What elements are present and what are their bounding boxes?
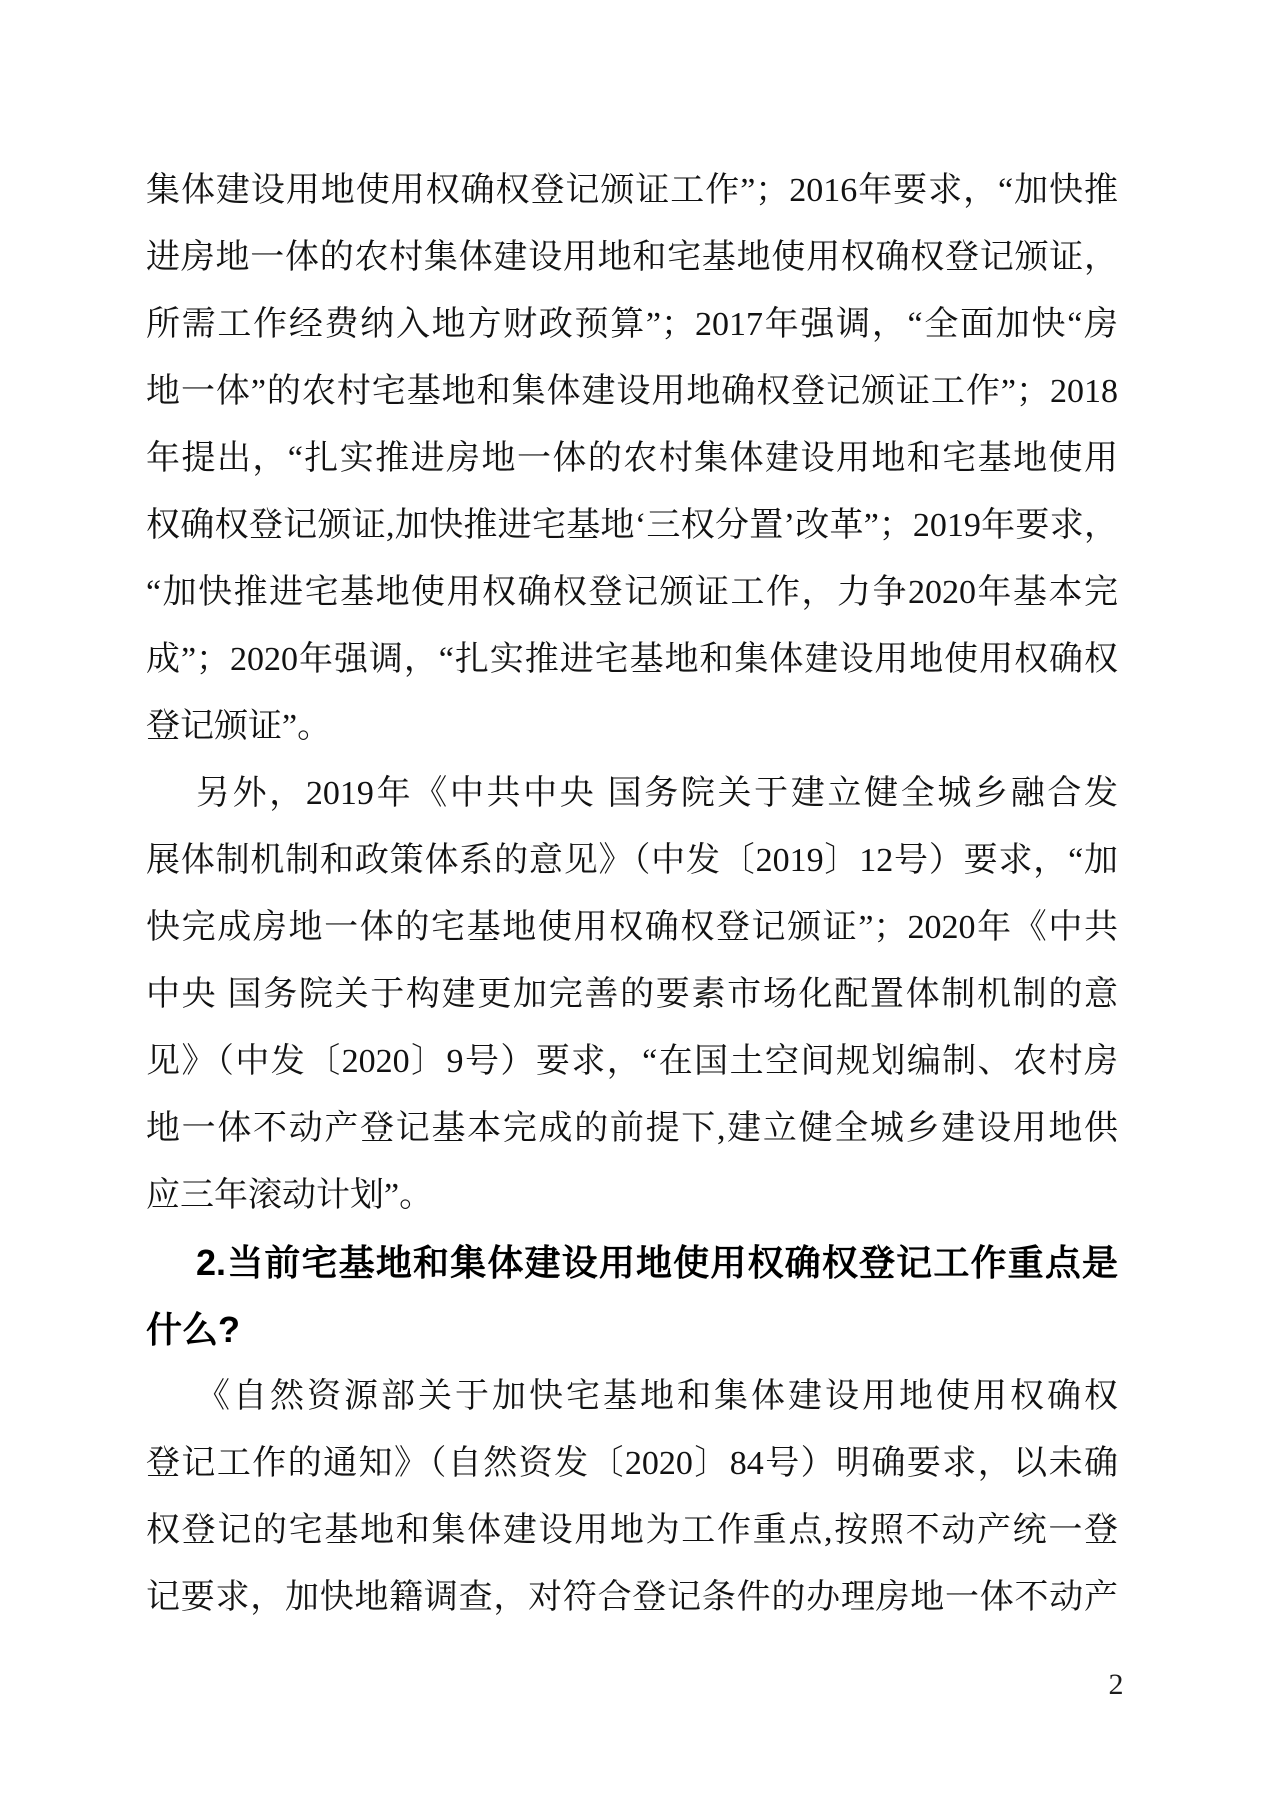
text-line: 《自然资源部关于加快宅基地和集体建设用地使用权确权 xyxy=(146,1363,1118,1430)
text-line: 记要求，加快地籍调查，对符合登记条件的办理房地一体不动产 xyxy=(146,1564,1118,1631)
text-line: 见》（中发〔2020〕9号）要求，“在国土空间规划编制、农村房 xyxy=(146,1028,1118,1095)
text-line: 权登记的宅基地和集体建设用地为工作重点,按照不动产统一登 xyxy=(146,1497,1118,1564)
text-line: 中央 国务院关于构建更加完善的要素市场化配置体制机制的意 xyxy=(146,961,1118,1028)
text-line: 应三年滚动计划”。 xyxy=(146,1162,1118,1229)
text-line: 另外，2019年《中共中央 国务院关于建立健全城乡融合发 xyxy=(146,760,1118,827)
text-line: 年提出，“扎实推进房地一体的农村集体建设用地和宅基地使用 xyxy=(146,425,1118,492)
text-line: 地一体不动产登记基本完成的前提下,建立健全城乡建设用地供 xyxy=(146,1095,1118,1162)
text-line: 成”；2020年强调，“扎实推进宅基地和集体建设用地使用权确权 xyxy=(146,626,1118,693)
text-line: 集体建设用地使用权确权登记颁证工作”；2016年要求，“加快推 xyxy=(146,157,1118,224)
text-line: “加快推进宅基地使用权确权登记颁证工作，力争2020年基本完 xyxy=(146,559,1118,626)
page-number: 2 xyxy=(1096,1665,1136,1705)
text-line: 展体制机制和政策体系的意见》（中发〔2019〕12号）要求，“加 xyxy=(146,827,1118,894)
text-line: 2.当前宅基地和集体建设用地使用权确权登记工作重点是 xyxy=(146,1229,1118,1296)
text-line: 快完成房地一体的宅基地使用权确权登记颁证”；2020年《中共 xyxy=(146,894,1118,961)
text-line: 地一体”的农村宅基地和集体建设用地确权登记颁证工作”；2018 xyxy=(146,358,1118,425)
document-page: 集体建设用地使用权确权登记颁证工作”；2016年要求，“加快推进房地一体的农村集… xyxy=(0,0,1280,1810)
text-line: 登记颁证”。 xyxy=(146,693,1118,760)
text-line: 登记工作的通知》（自然资发〔2020〕84号）明确要求，以未确 xyxy=(146,1430,1118,1497)
document-body: 集体建设用地使用权确权登记颁证工作”；2016年要求，“加快推进房地一体的农村集… xyxy=(146,157,1118,1631)
text-line: 什么? xyxy=(146,1296,1118,1363)
text-line: 所需工作经费纳入地方财政预算”；2017年强调，“全面加快“房 xyxy=(146,291,1118,358)
text-line: 进房地一体的农村集体建设用地和宅基地使用权确权登记颁证， xyxy=(146,224,1118,291)
text-line: 权确权登记颁证,加快推进宅基地‘三权分置’改革”；2019年要求， xyxy=(146,492,1118,559)
